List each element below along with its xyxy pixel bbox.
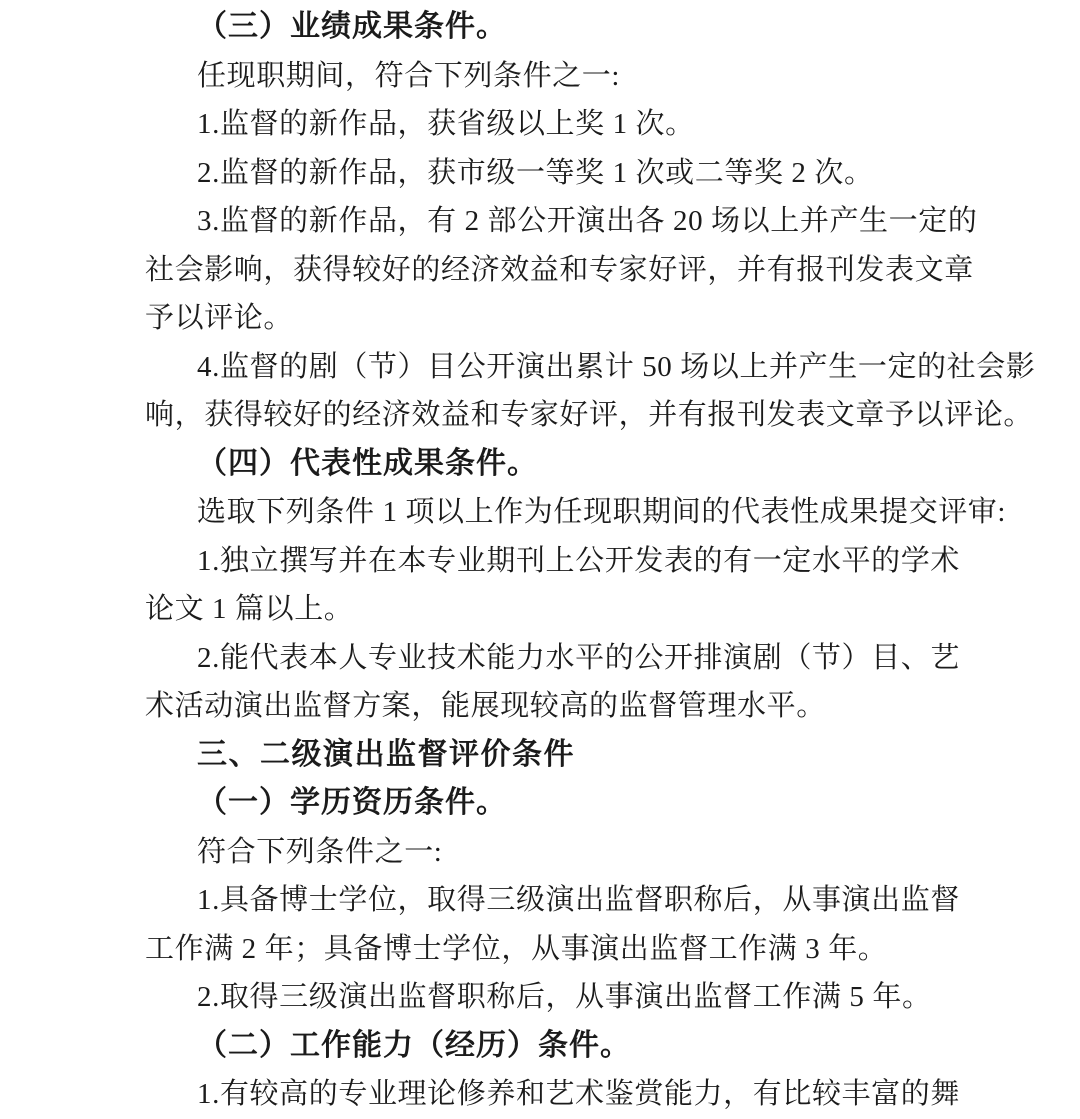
text-line: 予以评论。 — [145, 294, 1015, 343]
text-line: 2.能代表本人专业技术能力水平的公开排演剧（节）目、艺 — [145, 634, 1015, 683]
text-line: 4.监督的剧（节）目公开演出累计 50 场以上并产生一定的社会影 — [145, 343, 1015, 392]
text-line: 选取下列条件 1 项以上作为任现职期间的代表性成果提交评审: — [145, 488, 1015, 537]
text-line: 1.具备博士学位，取得三级演出监督职称后，从事演出监督 — [145, 876, 1015, 925]
text-line: 任现职期间，符合下列条件之一: — [145, 52, 1015, 101]
heading-line: （一）学历资历条件。 — [145, 779, 1015, 828]
text-line: 响，获得较好的经济效益和专家好评，并有报刊发表文章予以评论。 — [145, 391, 1015, 440]
heading-line: （四）代表性成果条件。 — [145, 440, 1015, 489]
text-line: 论文 1 篇以上。 — [145, 585, 1015, 634]
text-line: 1.有较高的专业理论修养和艺术鉴赏能力，有比较丰富的舞 — [145, 1070, 1015, 1119]
text-line: 1.独立撰写并在本专业期刊上公开发表的有一定水平的学术 — [145, 537, 1015, 586]
heading-line: （三）业绩成果条件。 — [145, 3, 1015, 52]
text-line: 3.监督的新作品，有 2 部公开演出各 20 场以上并产生一定的 — [145, 197, 1015, 246]
heading-line: （二）工作能力（经历）条件。 — [145, 1022, 1015, 1071]
document-page: （三）业绩成果条件。任现职期间，符合下列条件之一:1.监督的新作品，获省级以上奖… — [0, 0, 1080, 1119]
text-line: 符合下列条件之一: — [145, 828, 1015, 877]
document-body: （三）业绩成果条件。任现职期间，符合下列条件之一:1.监督的新作品，获省级以上奖… — [145, 3, 1015, 1119]
text-line: 2.取得三级演出监督职称后，从事演出监督工作满 5 年。 — [145, 973, 1015, 1022]
heading-line: 三、二级演出监督评价条件 — [145, 731, 1015, 780]
text-line: 1.监督的新作品，获省级以上奖 1 次。 — [145, 100, 1015, 149]
text-line: 社会影响，获得较好的经济效益和专家好评，并有报刊发表文章 — [145, 246, 1015, 295]
text-line: 工作满 2 年；具备博士学位，从事演出监督工作满 3 年。 — [145, 925, 1015, 974]
text-line: 术活动演出监督方案，能展现较高的监督管理水平。 — [145, 682, 1015, 731]
text-line: 2.监督的新作品，获市级一等奖 1 次或二等奖 2 次。 — [145, 149, 1015, 198]
